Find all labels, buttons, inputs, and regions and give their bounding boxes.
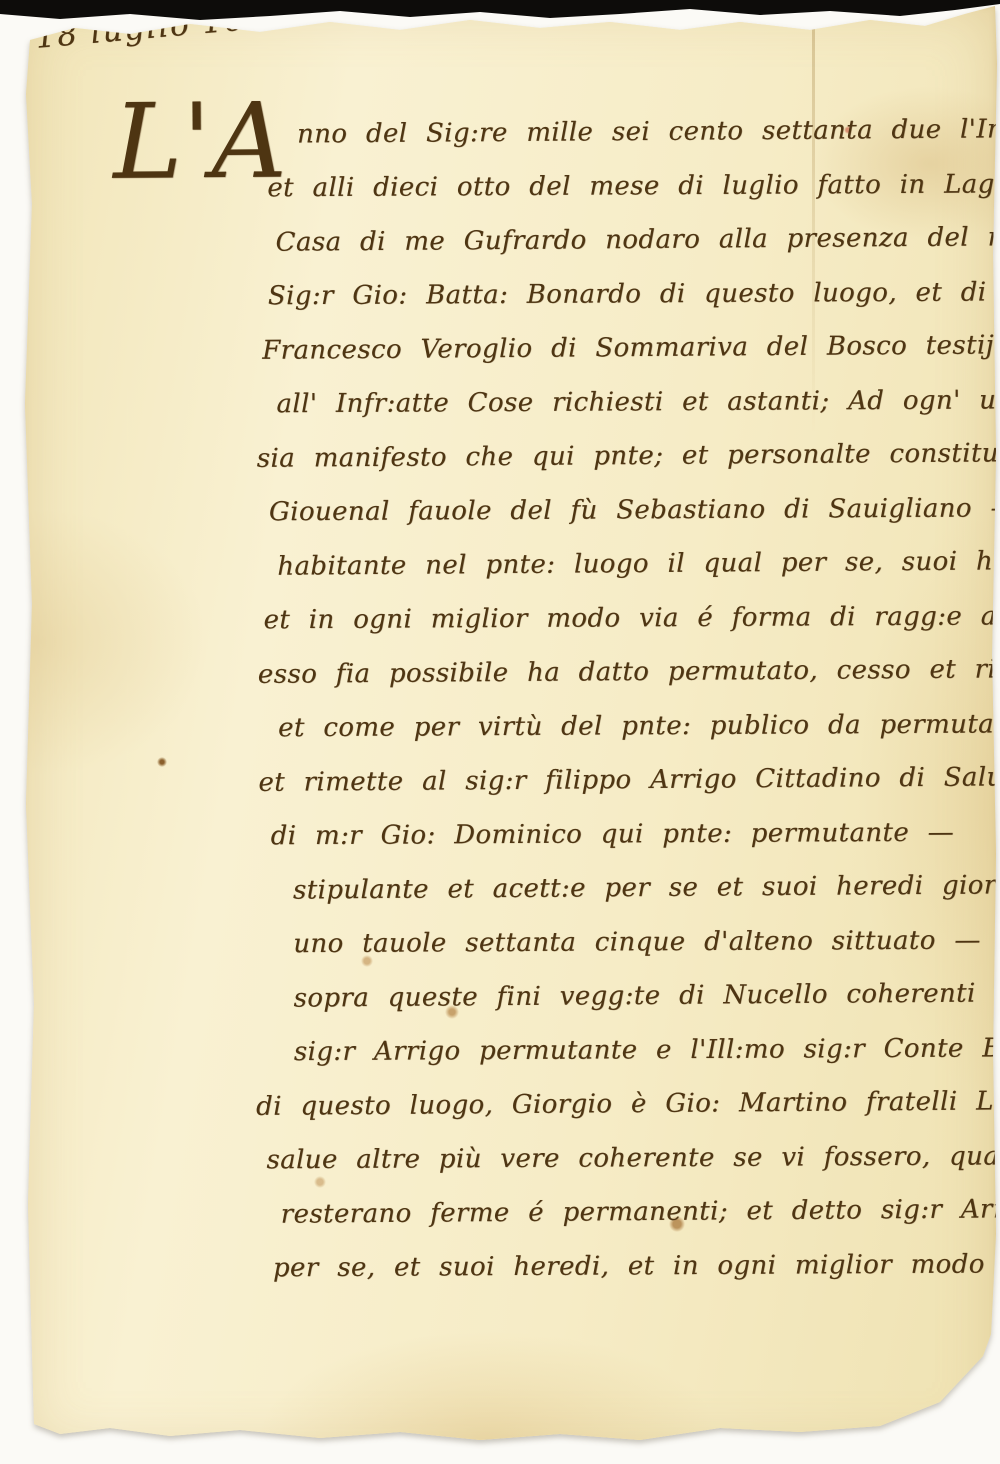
- manuscript-line: et in ogni miglior modo via é forma di r…: [19, 589, 997, 648]
- manuscript-line: et rimette al sig:r filippo Arrigo Citta…: [20, 750, 998, 811]
- manuscript-line: per se, et suoi heredi, et in ogni migli…: [23, 1237, 1000, 1296]
- manuscript-line: Casa di me Gufrardo nodaro alla presenza…: [17, 210, 995, 271]
- document-page-wrapper: 18 luglio 1672: L'Anno del Sig:re mille …: [0, 0, 1000, 1464]
- manuscript-line: all' Infr:atte Cose richiesti et astanti…: [18, 373, 996, 432]
- manuscript-line: di questo luogo, Giorgio è Gio: Martino …: [22, 1074, 1000, 1135]
- illuminated-initial: L'A: [113, 141, 287, 142]
- manuscript-line: resterano ferme é permanenti; et detto s…: [23, 1182, 1000, 1243]
- manuscript-line: L'Anno del Sig:re mille sei cento settan…: [17, 102, 995, 163]
- manuscript-line: Francesco Veroglio di Sommariva del Bosc…: [18, 318, 996, 379]
- document-page: 18 luglio 1672: L'Anno del Sig:re mille …: [20, 4, 998, 1454]
- manuscript-line: sig:r Arrigo permutante e l'Ill:mo sig:r…: [22, 1021, 1000, 1080]
- manuscript-line: et come per virtù del pnte: publico da p…: [20, 697, 998, 756]
- manuscript-line: habitante nel pnte: luogo il qual per se…: [19, 534, 997, 595]
- manuscript-line: Sig:r Gio: Batta: Bonardo di questo luog…: [18, 265, 996, 324]
- manuscript-line: salue altre più vere coherente se vi fos…: [22, 1129, 1000, 1188]
- date-annotation: 18 luglio 1672:: [34, 0, 303, 56]
- manuscript-text-block: L'Anno del Sig:re mille sei cento settan…: [17, 103, 1000, 1296]
- manuscript-line: sopra queste fini vegg:te di Nucello coh…: [21, 966, 999, 1027]
- manuscript-line: stipulante et acett:e per se et suoi her…: [21, 858, 999, 919]
- manuscript-line: esso fia possibile ha datto permutato, c…: [20, 642, 998, 703]
- manuscript-line: sia manifesto che qui pnte; et personalt…: [19, 426, 997, 487]
- manuscript-line: uno tauole settanta cinque d'alteno sitt…: [21, 913, 999, 972]
- manuscript-line: di m:r Gio: Dominico qui pnte: permutant…: [21, 805, 999, 864]
- manuscript-line-text: nno del Sig:re mille sei cento settanta …: [297, 113, 1000, 150]
- manuscript-line: Giouenal fauole del fù Sebastiano di Sau…: [19, 481, 997, 540]
